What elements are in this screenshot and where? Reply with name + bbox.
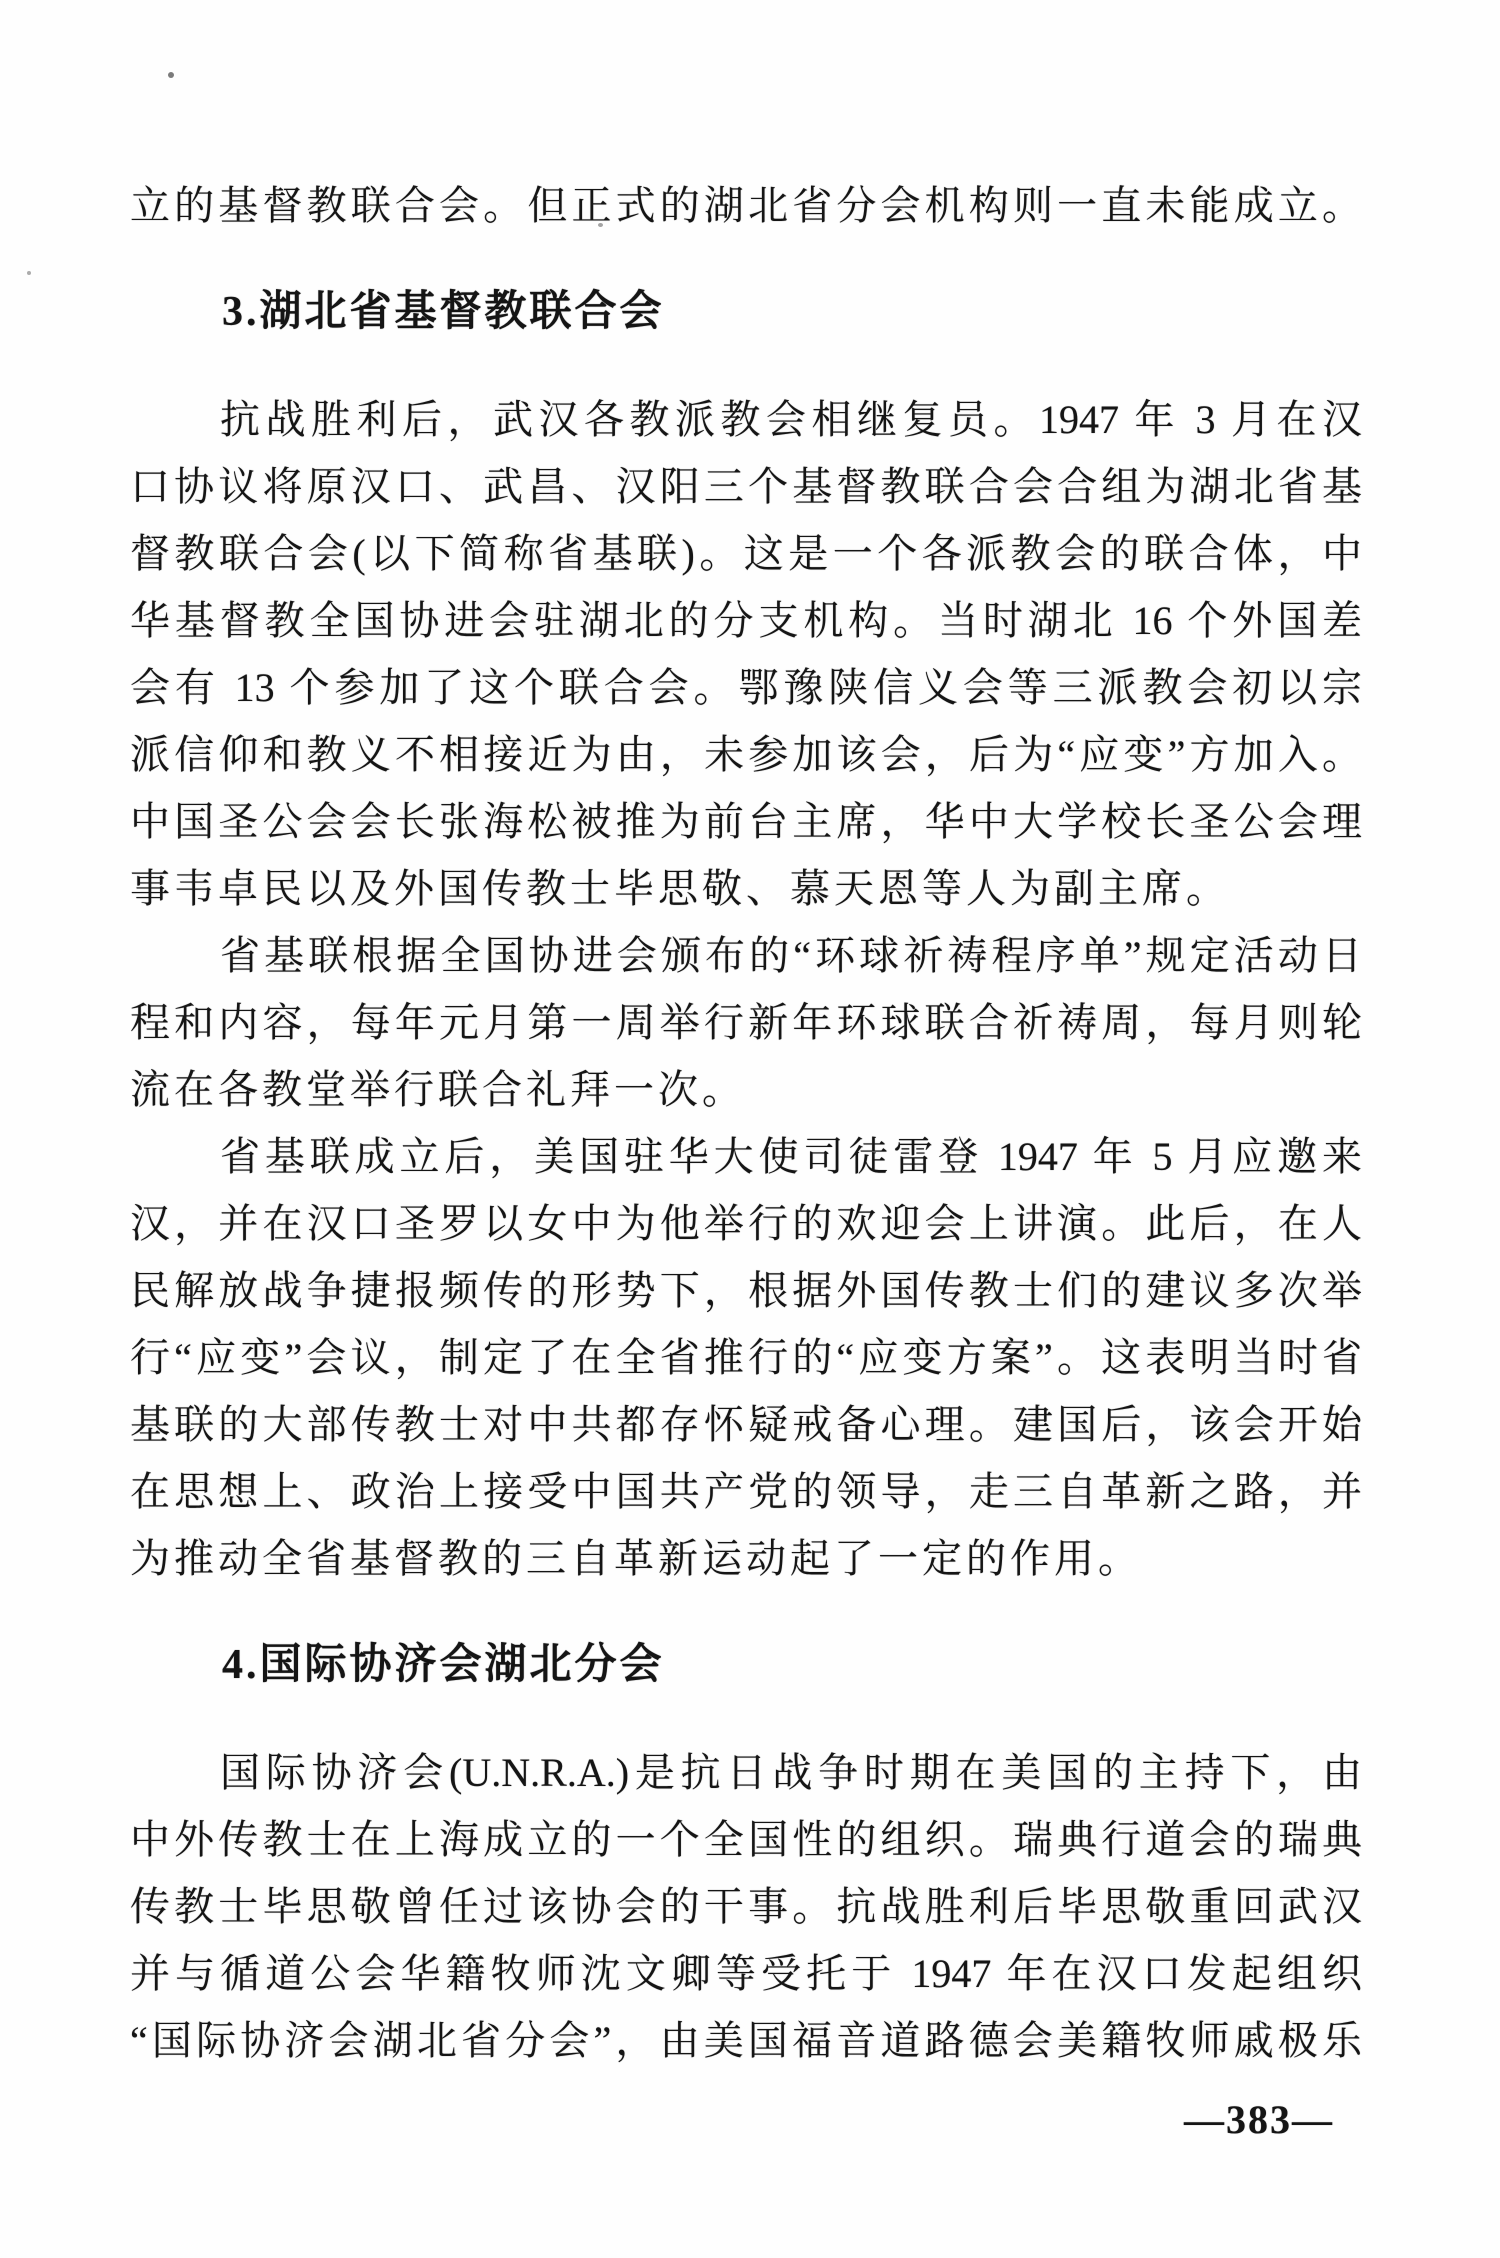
text-line: 程和内容，每年元月第一周举行新年环球联合祈祷周，每月则轮 [130, 989, 1362, 1056]
text-line: 华基督教全国协进会驻湖北的分支机构。当时湖北 16 个外国差 [130, 587, 1362, 654]
text-line: 中国圣公会会长张海松被推为前台主席，华中大学校长圣公会理 [130, 788, 1362, 855]
scanned-book-page: 立的基督教联合会。但正式的湖北省分会机构则一直未能成立。 3.湖北省基督教联合会… [0, 0, 1500, 2258]
scan-speck [27, 271, 31, 275]
text-line: 立的基督教联合会。但正式的湖北省分会机构则一直未能成立。 [130, 172, 1362, 239]
text-line: 传教士毕思敬曾任过该协会的干事。抗战胜利后毕思敬重回武汉 [130, 1873, 1362, 1940]
text-line: 省基联根据全国协进会颁布的“环球祈祷程序单”规定活动日 [130, 922, 1362, 989]
text-line: 流在各教堂举行联合礼拜一次。 [130, 1056, 1362, 1123]
text-line: 抗战胜利后，武汉各教派教会相继复员。1947 年 3 月在汉 [130, 386, 1362, 453]
paragraph-continued: 立的基督教联合会。但正式的湖北省分会机构则一直未能成立。 [130, 172, 1362, 239]
paragraph: 国际协济会(U.N.R.A.)是抗日战争时期在美国的主持下，由 中外传教士在上海… [130, 1739, 1362, 2074]
text-line: 为推动全省基督教的三自革新运动起了一定的作用。 [130, 1525, 1362, 1592]
section-heading-3: 3.湖北省基督教联合会 [130, 279, 1362, 346]
page-number: —383— [130, 2086, 1362, 2153]
text-line: 国际协济会(U.N.R.A.)是抗日战争时期在美国的主持下，由 [130, 1739, 1362, 1806]
text-line: 行“应变”会议，制定了在全省推行的“应变方案”。这表明当时省 [130, 1324, 1362, 1391]
text-line: 事韦卓民以及外国传教士毕思敬、慕天恩等人为副主席。 [130, 855, 1362, 922]
text-line: 会有 13 个参加了这个联合会。鄂豫陕信义会等三派教会初以宗 [130, 654, 1362, 721]
text-line: 在思想上、政治上接受中国共产党的领导，走三自革新之路，并 [130, 1458, 1362, 1525]
page-text-column: 立的基督教联合会。但正式的湖北省分会机构则一直未能成立。 3.湖北省基督教联合会… [130, 172, 1362, 2153]
text-line: 基联的大部传教士对中共都存怀疑戒备心理。建国后，该会开始 [130, 1391, 1362, 1458]
text-line: 中外传教士在上海成立的一个全国性的组织。瑞典行道会的瑞典 [130, 1806, 1362, 1873]
scan-speck [168, 72, 174, 78]
paragraph: 省基联成立后，美国驻华大使司徒雷登 1947 年 5 月应邀来 汉，并在汉口圣罗… [130, 1123, 1362, 1592]
paragraph: 省基联根据全国协进会颁布的“环球祈祷程序单”规定活动日 程和内容，每年元月第一周… [130, 922, 1362, 1123]
text-line: 派信仰和教义不相接近为由，未参加该会，后为“应变”方加入。 [130, 721, 1362, 788]
text-line: 督教联合会(以下简称省基联)。这是一个各派教会的联合体，中 [130, 520, 1362, 587]
text-line: 口协议将原汉口、武昌、汉阳三个基督教联合会合组为湖北省基 [130, 453, 1362, 520]
text-line: 省基联成立后，美国驻华大使司徒雷登 1947 年 5 月应邀来 [130, 1123, 1362, 1190]
text-line: “国际协济会湖北省分会”，由美国福音道路德会美籍牧师戚极乐 [130, 2007, 1362, 2074]
text-line: 汉，并在汉口圣罗以女中为他举行的欢迎会上讲演。此后，在人 [130, 1190, 1362, 1257]
text-line: 并与循道公会华籍牧师沈文卿等受托于 1947 年在汉口发起组织 [130, 1940, 1362, 2007]
paragraph: 抗战胜利后，武汉各教派教会相继复员。1947 年 3 月在汉 口协议将原汉口、武… [130, 386, 1362, 922]
section-heading-4: 4.国际协济会湖北分会 [130, 1632, 1362, 1699]
text-line: 民解放战争捷报频传的形势下，根据外国传教士们的建议多次举 [130, 1257, 1362, 1324]
